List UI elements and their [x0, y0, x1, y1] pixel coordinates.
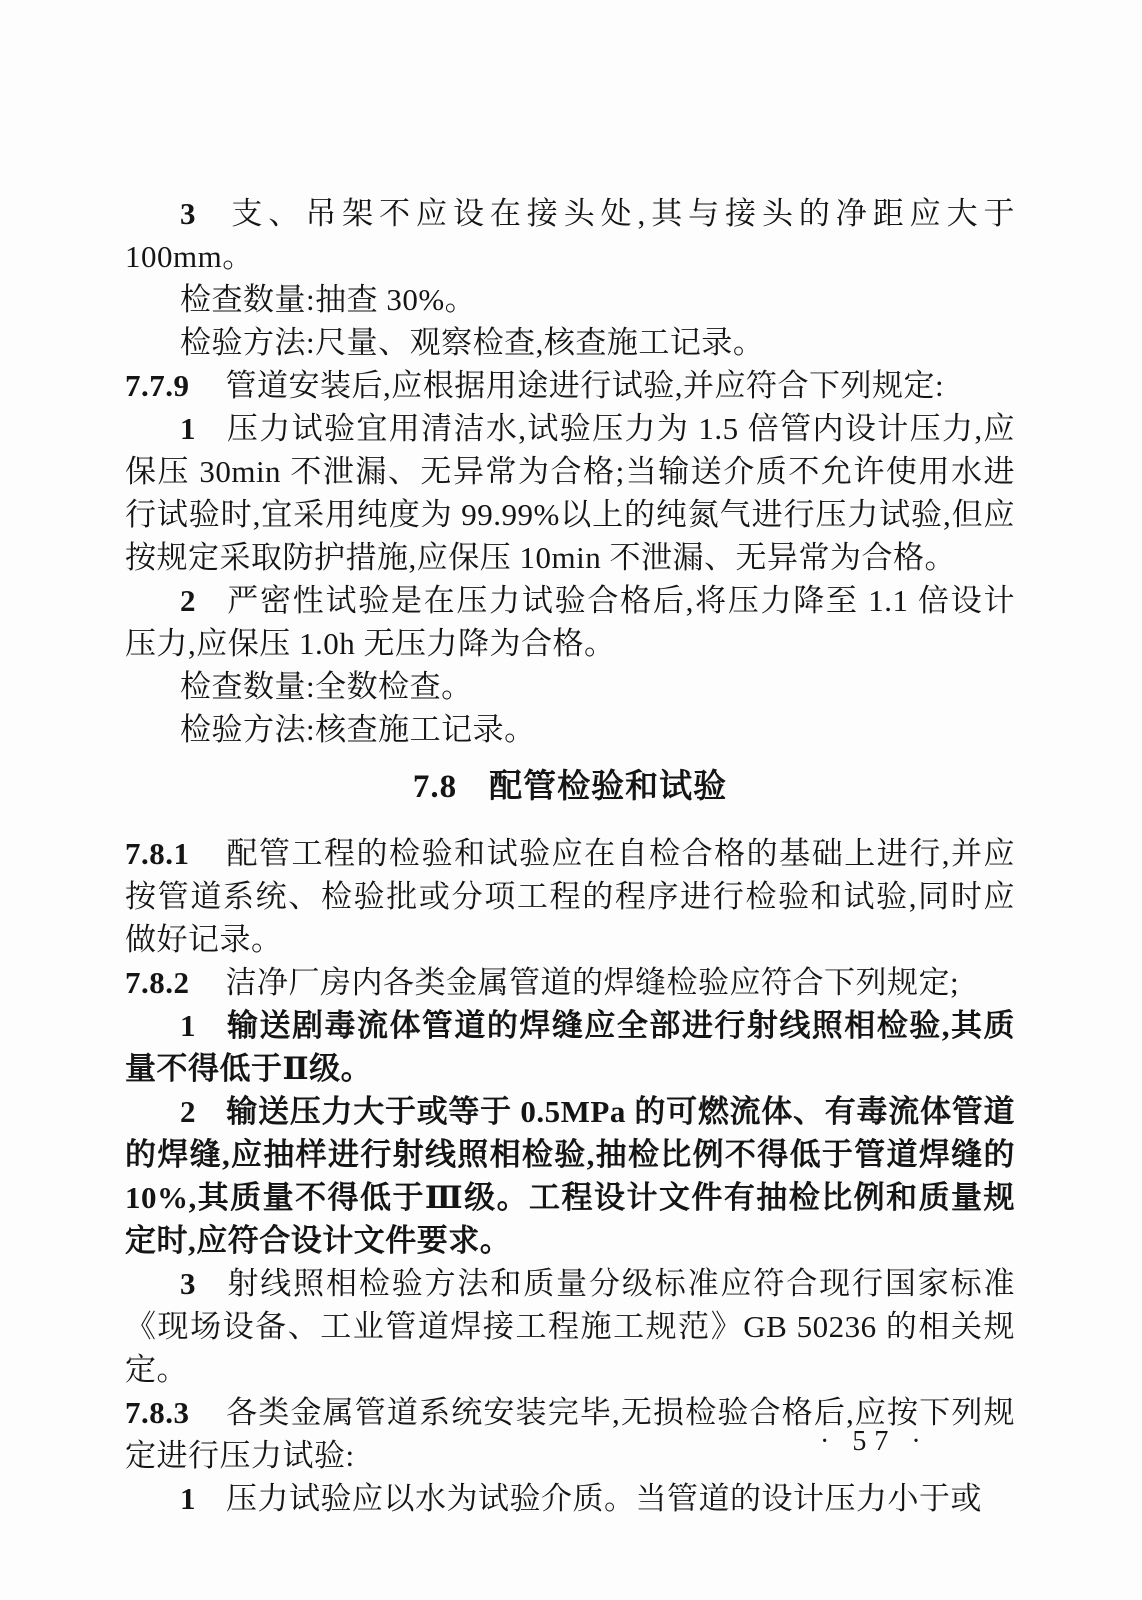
clause-number: 7.8.2 [125, 965, 190, 1000]
clause-number: 7.7.9 [125, 368, 190, 403]
clause-text: 洁净厂房内各类金属管道的焊缝检验应符合下列规定; [226, 965, 960, 1000]
page-content: 3支、吊架不应设在接头处,其与接头的净距应大于 100mm。 检查数量:抽查 3… [125, 192, 1015, 1520]
item-3-support-hanger: 3支、吊架不应设在接头处,其与接头的净距应大于 100mm。 [125, 192, 1015, 278]
item-1-pressure-test: 1压力试验宜用清洁水,试验压力为 1.5 倍管内设计压力,应保压 30min 不… [125, 407, 1015, 579]
item-number: 3 [180, 1266, 196, 1301]
item-number: 3 [180, 196, 196, 231]
clause-number: 7.8.1 [125, 836, 190, 871]
clause-7-8-1: 7.8.1配管工程的检验和试验应在自检合格的基础上进行,并应按管道系统、检验批或… [125, 832, 1015, 961]
clause-text: 检验方法:尺量、观察检查,核查施工记录。 [180, 325, 764, 360]
item-number: 1 [180, 411, 196, 446]
section-heading-number: 7.8 [413, 769, 457, 805]
item-number: 2 [180, 1094, 196, 1129]
clause-text: 压力试验宜用清洁水,试验压力为 1.5 倍管内设计压力,应保压 30min 不泄… [125, 411, 1015, 575]
check-quantity-line-2: 检查数量:全数检查。 [125, 665, 1015, 708]
item-number: 1 [180, 1008, 196, 1043]
check-method-line-2: 检验方法:核查施工记录。 [125, 708, 1015, 751]
document-page: 3支、吊架不应设在接头处,其与接头的净距应大于 100mm。 检查数量:抽查 3… [0, 0, 1142, 1600]
clause-number: 7.8.3 [125, 1395, 190, 1430]
clause-text: 严密性试验是在压力试验合格后,将压力降至 1.1 倍设计压力,应保压 1.0h … [125, 583, 1015, 661]
clause-text: 管道安装后,应根据用途进行试验,并应符合下列规定: [226, 368, 945, 403]
clause-text: 检验方法:核查施工记录。 [180, 712, 536, 747]
clause-text: 压力试验应以水为试验介质。当管道的设计压力小于或 [226, 1481, 982, 1516]
item-1-hydro-test: 1压力试验应以水为试验介质。当管道的设计压力小于或 [125, 1477, 1015, 1520]
clause-text: 支、吊架不应设在接头处,其与接头的净距应大于 100mm。 [125, 196, 1015, 274]
item-2-flammable-fluid-welds: 2输送压力大于或等于 0.5MPa 的可燃流体、有毒流体管道的焊缝,应抽样进行射… [125, 1090, 1015, 1262]
clause-text: 检查数量:抽查 30%。 [180, 282, 476, 317]
item-3-radiographic-standard: 3射线照相检验方法和质量分级标准应符合现行国家标准《现场设备、工业管道焊接工程施… [125, 1262, 1015, 1391]
item-1-toxic-fluid-welds: 1输送剧毒流体管道的焊缝应全部进行射线照相检验,其质量不得低于Ⅱ级。 [125, 1004, 1015, 1090]
clause-7-7-9: 7.7.9管道安装后,应根据用途进行试验,并应符合下列规定: [125, 364, 1015, 407]
check-method-line: 检验方法:尺量、观察检查,核查施工记录。 [125, 321, 1015, 364]
clause-text: 射线照相检验方法和质量分级标准应符合现行国家标准《现场设备、工业管道焊接工程施工… [125, 1266, 1015, 1387]
item-2-tightness-test: 2严密性试验是在压力试验合格后,将压力降至 1.1 倍设计压力,应保压 1.0h… [125, 579, 1015, 665]
item-number: 1 [180, 1481, 196, 1516]
check-quantity-line: 检查数量:抽查 30%。 [125, 278, 1015, 321]
clause-text: 配管工程的检验和试验应在自检合格的基础上进行,并应按管道系统、检验批或分项工程的… [125, 836, 1015, 957]
item-number: 2 [180, 583, 196, 618]
section-7-8-heading: 7.8配管检验和试验 [125, 765, 1015, 809]
clause-text: 检查数量:全数检查。 [180, 669, 473, 704]
clause-text: 输送剧毒流体管道的焊缝应全部进行射线照相检验,其质量不得低于Ⅱ级。 [125, 1008, 1015, 1086]
clause-text: 输送压力大于或等于 0.5MPa 的可燃流体、有毒流体管道的焊缝,应抽样进行射线… [125, 1094, 1015, 1258]
page-number: · 57 · [820, 1424, 929, 1460]
section-heading-title: 配管检验和试验 [489, 769, 727, 805]
clause-7-8-2: 7.8.2洁净厂房内各类金属管道的焊缝检验应符合下列规定; [125, 961, 1015, 1004]
